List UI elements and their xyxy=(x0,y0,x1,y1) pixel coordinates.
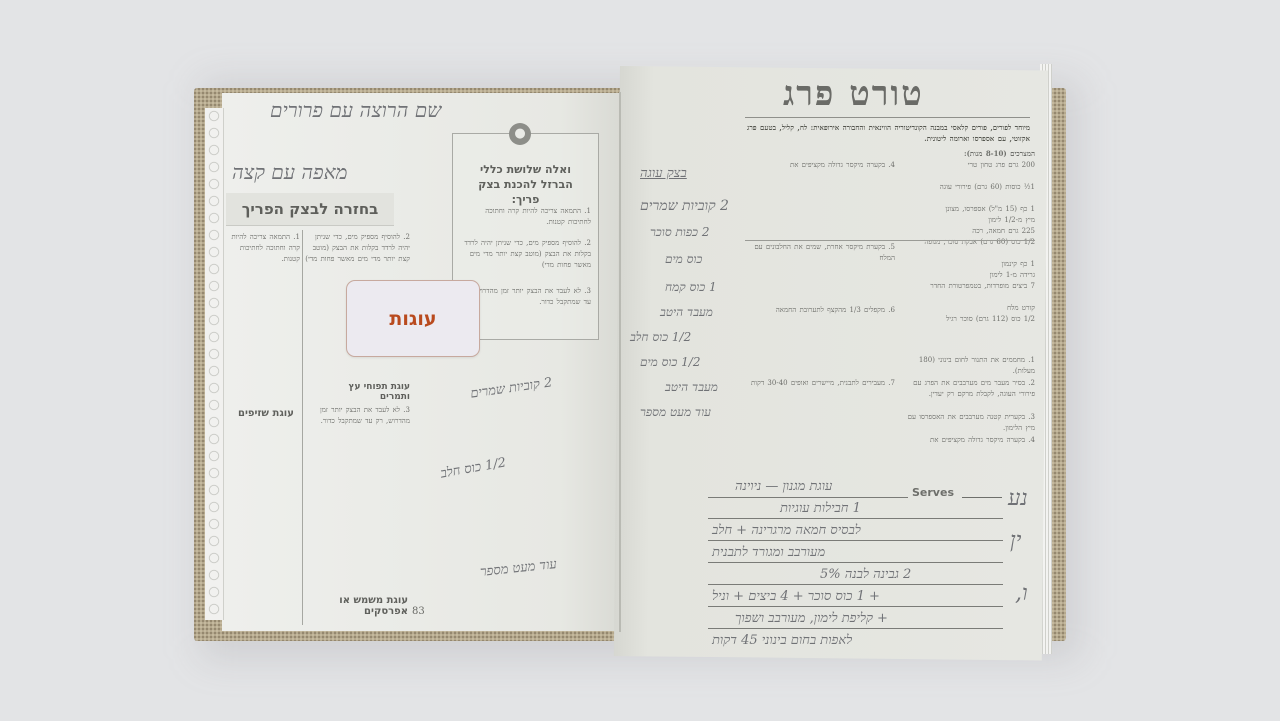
ingredient-item: 7 ביצים מופרדות, בטמפרטורת החדר xyxy=(900,281,1035,303)
ingredients-heading: המצרכים (8-10 מנות): xyxy=(900,148,1035,160)
handwriting-top: שם הרוצה עם פרורים xyxy=(270,98,441,123)
method-step-5: 5. בקערת מיקסר אחרת, שמים את החלבונים עם… xyxy=(745,242,895,302)
left-clipping-column-2: 3. לא לעבד את הבצק יותר זמן מהדרוש, רק ע… xyxy=(305,405,410,590)
column-divider xyxy=(302,230,303,625)
form-handwriting: לבסיס חמאה מרגרינה + חלב xyxy=(712,522,861,538)
form-handwriting: 2 גבינה לבנה 5% xyxy=(820,566,911,582)
serves-blank xyxy=(962,497,1002,498)
lightbulb-icon: ● xyxy=(509,123,531,145)
method-step-7: 7. מעבירים לתבנית, מיישרים ואופים 30-40 … xyxy=(745,378,895,438)
subheading-plum: עוגת שזיפים xyxy=(238,408,294,419)
handwritten-line: 1/2 כוס מים xyxy=(640,355,700,370)
middle-rule xyxy=(745,240,1035,241)
binding-rings xyxy=(205,108,224,620)
form-handwriting: עוגת מגנון — ניוינה xyxy=(735,478,832,494)
method-step-3: 3. בקערית קטנה מערבבים את האספרסו עם מיץ… xyxy=(900,412,1035,434)
serves-label: Serves xyxy=(912,486,954,499)
handwritten-line: עוד מעט מספר xyxy=(640,405,711,420)
form-line xyxy=(708,628,1003,629)
ingredient-item: 1 כף (15 מ"ל) אספרסו, מצונן xyxy=(900,204,1035,215)
method-step-1: 1. מחממים את התנור לחום בינוני (180 מעלו… xyxy=(900,355,1035,377)
form-handwriting: לאפות בחום בינוני 45 דקות xyxy=(712,632,852,648)
form-line xyxy=(708,540,1003,541)
category-label-text: עוגות xyxy=(389,308,436,330)
recipe-title: טורט פרג xyxy=(783,74,924,114)
ingredient-item: 200 גרם פרג טחון טרי xyxy=(900,160,1035,182)
form-handwriting: 1 חבילות עוגיות xyxy=(780,500,861,516)
section-heading-band: בחזרה לבצק הפריך xyxy=(226,193,394,226)
ingredients-list: 200 גרם פרג טחון טרי 1½ כוסות (60 גרם) פ… xyxy=(900,160,1035,325)
method-step-2: 2. בסיר מעבר מים מערבבים את הפרג עם פירו… xyxy=(900,378,1035,411)
form-line xyxy=(708,584,1003,585)
method-step-6: 6. מקפלים 1/3 מהקצף לתערובת החמאה xyxy=(745,305,895,375)
handwritten-line: 2 קוביות שמרים xyxy=(640,198,729,215)
subheading-apple-dates: עוגת תפוחי עץ ותמרים xyxy=(320,382,410,402)
handwritten-recipe-title: בצק עוגה xyxy=(640,165,687,181)
handwriting-line2: מאפה עם קצה xyxy=(232,160,347,185)
title-rule xyxy=(745,117,1030,118)
tip-item-1: 1. התמאה צריכה להיות קרה וחתוכה לחתיכות … xyxy=(461,206,591,236)
spine xyxy=(619,92,621,632)
form-line xyxy=(708,562,1003,563)
tip-box-title: ואלה שלושת כללי הברזל להכנת בצק פריך: xyxy=(463,162,588,207)
handwritten-line: מעבד היטב xyxy=(665,380,718,395)
ingredient-item: גרידה מ-1 לימון xyxy=(900,270,1035,281)
method-col2-a: 4. בקערה מיקסר גדולה מקציפים את xyxy=(745,160,895,240)
ingredient-item: 225 גרם חמאה, רכה xyxy=(900,226,1035,237)
handwritten-line: מעבד היטב xyxy=(660,305,713,320)
left-clipping-column-2-top: 2. להוסיף מספיק מים, כדי שניתן יהיה לרדד… xyxy=(305,232,410,277)
margin-note: ין xyxy=(1010,527,1021,553)
ingredient-item: 1½ כוסות (60 גרם) פירורי עוגה xyxy=(900,182,1035,204)
form-line xyxy=(708,497,908,498)
form-line xyxy=(708,518,1003,519)
handwritten-line: 1 כוס קמח xyxy=(665,280,717,295)
tip-item-3: 3. לא לעבד את הבצק יותר זמן מהדרוש, רק ע… xyxy=(461,286,591,311)
left-clipping-column-1: 1. התמאה צריכה להיות קרה וחתוכה לחתיכות … xyxy=(228,232,300,612)
handwritten-line: 2 כפות סוכר xyxy=(650,225,709,240)
margin-note: ו, xyxy=(1015,580,1028,606)
ingredient-item: 1/2 כוס (112 גרם) סוכר רגיל xyxy=(900,314,1035,325)
handwritten-line: 1/2 כוס חלב xyxy=(630,330,691,345)
ingredient-item: קורט מלח xyxy=(900,303,1035,314)
page-number: 83 xyxy=(412,606,425,617)
margin-note: נע xyxy=(1008,485,1028,511)
form-handwriting: מעורבב ומגורד לתבנית xyxy=(712,544,825,560)
method-step-4: 4. בקערה מיקסר גדולה מקציפים את xyxy=(900,435,1035,446)
form-handwriting: + 1 כוס סוכר + 4 ביצים + וניל xyxy=(712,588,880,604)
section-heading: בחזרה לבצק הפריך xyxy=(242,200,379,218)
form-line xyxy=(708,606,1003,607)
category-tab-label: עוגות xyxy=(346,280,480,357)
form-handwriting: + קליפת לימון, מעורבב ושפוך xyxy=(735,610,888,626)
ingredient-item: מיץ מ-1/2 לימון xyxy=(900,215,1035,226)
subheading-apricot: עוגת משמש או אפרסקים xyxy=(318,595,408,617)
tip-item-2: 2. להוסיף מספיק מים, כדי שניתן יהיה לרדד… xyxy=(461,238,591,283)
handwritten-line: כוס מים xyxy=(665,252,702,267)
ingredient-item: 1 כף קינמון xyxy=(900,259,1035,270)
